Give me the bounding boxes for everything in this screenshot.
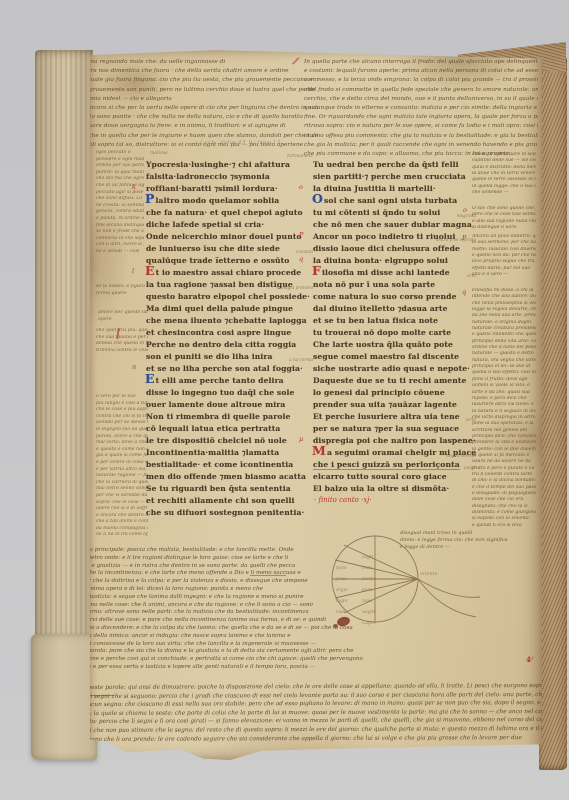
verse-line: elcarro tutto soural coro giaceuolge — [312, 470, 476, 482]
verse-line: nota nō pur ī una sola partearte — [312, 278, 476, 290]
verse-text: sien partiti·⁊ perche men crucciata — [313, 172, 466, 181]
verse-text: et rechiti allamente chi son quelli — [146, 496, 295, 505]
commentary-line: piu grauemente son puniti, pero ne lulti… — [78, 86, 338, 95]
verse-text: roffiani·baratti ⁊simil lordura· — [146, 184, 278, 193]
verse-line: che i pesci guizzā su perloriçontasegno … — [312, 458, 476, 470]
right-margin-gloss-1: chiesa: e constituire in sopracapitolo d… — [472, 152, 536, 196]
verse-text: laltro modo quelamor soblia — [156, 196, 280, 205]
gloss-line: si distingue il uero — [472, 225, 536, 231]
verse-text: Perche no dentro dela citta roggia — [146, 340, 296, 349]
verse-text: dal diuino ītelletto ⁊dasua arte — [313, 304, 448, 313]
verse-text: sol che sani ogni uista turbata — [324, 196, 457, 205]
gloss-line: ogni peccato e — [96, 150, 144, 157]
gloss-line: e quindi li ora si leva — [472, 523, 536, 529]
verse-line: segue comel maestro fal discente — [312, 350, 476, 362]
verse-text: che mena iluento ⁊chebatte lapiogga — [146, 316, 307, 325]
verse-column-right: Tu uedrai ben perche da q̄sti felli sien… — [312, 158, 476, 494]
verse-line: diche lafede spetial si cria· — [145, 218, 313, 230]
right-margin-gloss-2: O sol: che sono quelle che fuepero che l… — [472, 206, 536, 231]
marginal-siglum: q — [299, 255, 303, 263]
commentary-line: in se in terra: lanima opera e di lei: d… — [45, 586, 545, 594]
gloss-line: mal certo: dove a che quella — [96, 440, 148, 447]
gloss-line: capitolo delle sue — vie certo — [472, 158, 536, 164]
manuscript-photo: e pena regnando male che: da uelle ingan… — [0, 0, 569, 800]
verse-line: falsita·ladroneccio ⁊symonia — [145, 170, 313, 182]
gloss-line: e per venire in colui che sia — [96, 460, 148, 467]
gloss-line: la natura e li seguaci di lei: — [472, 409, 536, 415]
verse-text: ouer lamente doue altroue mira — [146, 400, 285, 409]
left-margin-gloss-4: che quel dixi piu: quelle opereche sua i… — [96, 328, 148, 354]
gloss-siglum-o: o — [463, 206, 467, 214]
verse-text: Che larte uostra q̄lla quāto pote — [313, 340, 453, 349]
gloss-line: naturale — questo e detto — [472, 351, 536, 357]
gloss-line: usura ne da lavoro ne da — [472, 459, 536, 465]
marginal-siglum: l — [132, 267, 134, 275]
gloss-line: quella il suo effetto: cosi non — [472, 370, 536, 376]
verse-line: che fa natura· et quel chepoi agiuto — [145, 206, 313, 218]
verse-text: che su difuori sostegnon penitentia· — [146, 508, 304, 517]
gloss-line: e questa e come non e affetto — [96, 447, 148, 454]
gloss-line: ne li ha in ira come offende — [96, 532, 148, 539]
commentary-line: con li malizia: che la incontinenza: e c… — [45, 570, 545, 578]
commentary-line: e pena regnando male che: da uelle ingan… — [78, 58, 338, 67]
commentary-line: piu doro e sostiene e perche cosi qui si… — [45, 656, 545, 664]
verse-text: Ancor un poco indietro ti riuolui — [313, 232, 456, 241]
bottom-commentary: e una che dice la principale: poscia che… — [45, 547, 545, 672]
book-fore-edge — [539, 56, 567, 770]
verse-line: Ma dimi quei della palude pingue — [145, 302, 313, 314]
verse-text: de luniuerso īsu che dite siede — [146, 244, 280, 253]
gloss-line: da buona compagnia constretta — [96, 526, 148, 533]
gloss-line: mai lietro senno sono debiti, — [96, 486, 148, 493]
verse-text: Tu uedrai ben perche da q̄sti felli — [313, 160, 459, 169]
commentary-line: commesso, e la terza onde singrana: la c… — [304, 76, 538, 85]
verse-line: Incontinentia·malitia ⁊lamatta — [145, 446, 313, 458]
verse-text: segue comel maestro fal discente — [313, 352, 459, 361]
verse-text: et chesincontra cosi aspre lingue — [146, 328, 291, 337]
commentary-line: cerchio, che e detto circa del mondo, ou… — [304, 95, 538, 104]
gloss-line: che la carriera di quelli che — [96, 480, 148, 487]
verse-line: Filosofia mi disse achi lantede — [312, 266, 476, 278]
commentary-line: la gran divina giustizia: e segue che la… — [45, 594, 545, 602]
verse-line: dissio laoue dici chelusura offedeusura … — [312, 242, 476, 254]
verse-line: Tu uedrai ben perche da q̄sti felli — [312, 158, 476, 170]
gloss-line: pensiero e ogni malizia — [96, 157, 144, 164]
verse-line: tu trouerai nō dopo molte carte — [312, 326, 476, 338]
verse-text: come natura lo suo corso prende — [313, 292, 457, 301]
verse-line: Et elli ame perche tanto delira — [145, 374, 313, 386]
right-margin-gloss-4: Filosofia mi disse: a chi laintende che … — [472, 288, 536, 529]
pencil-note: Lach. folio 45 b. line 13 — [200, 140, 281, 146]
top-commentary-right: In quella parte che alcuno interroga il … — [304, 58, 538, 159]
interlinear-gloss: bolgia primera — [281, 286, 313, 291]
verse-text: cō lequali latua etica pertratta — [146, 424, 280, 433]
commentary-line: intende: come si conoscesse de la loro s… — [45, 641, 545, 649]
verse-line: dal diuino ītelletto ⁊dasua arte — [312, 302, 476, 314]
gloss-line: se non e frode che se le — [96, 229, 144, 236]
gloss-line: che sua inuidia e per che non — [96, 335, 148, 342]
verse-line: bestialitade· et come īcontinentia — [145, 458, 313, 470]
verse-text: t elli ame perche tanto delira — [156, 376, 284, 385]
verse-text: Incontinentia·malitia ⁊lamatta — [146, 448, 279, 457]
gloss-siglum-p: P — [462, 234, 466, 242]
verse-line: per se natura ⁊per la sua seguacelarte — [312, 422, 476, 434]
gloss-line: e ancora che dentro la pena — [96, 513, 148, 520]
gloss-line: si espone con lo smonta — [472, 516, 536, 522]
verse-text: Se tu riguardi ben q̄sta sententia — [146, 484, 291, 493]
verse-text: che nō men che sauer dubiar magna — [313, 220, 472, 229]
commentary-line: e leuare doue uergogna la fiere: e in an… — [78, 122, 338, 131]
top-commentary-left: e pena regnando male che: da uelle ingan… — [78, 58, 338, 150]
gloss-line: prendere la vita e avanzare — [472, 440, 536, 446]
commentary-line: che segue e intorno: altrove sono nelle … — [45, 609, 545, 617]
verse-text: bestialitade· et come īcontinentia — [146, 460, 293, 469]
verse-text: tu mi cōtenti si q̄ndo tu solui — [313, 208, 440, 217]
gloss-line: lo suo sermone: per che lusura — [472, 240, 536, 246]
verse-line: che mena iluento ⁊chebatte lapiogga — [145, 314, 313, 326]
verse-line: et chesincontra cosi aspre lingue — [145, 326, 313, 338]
commentary-line: punto sono punite · che che nulla ne del… — [78, 113, 338, 122]
marginal-siglum: n — [132, 363, 136, 371]
verse-text: t io maestro assai chiaro procede — [156, 268, 302, 277]
gloss-line: tirannia contra le cose di buona — [96, 348, 148, 355]
marginal-siglum: k — [132, 183, 136, 191]
gloss-line: ne creata: la somma — [96, 203, 144, 210]
commentary-line: per lopere: pure e per essa vertu e iust… — [45, 664, 545, 672]
verse-text: nota nō pur ī una sola parte — [313, 280, 435, 289]
verse-line: et rechiti allamente chi son quelli — [145, 494, 313, 506]
interlinear-gloss: consūto — [296, 250, 313, 255]
decorated-initial: E — [145, 371, 155, 386]
gloss-line: sopra: che le cose — e vi e da — [96, 500, 148, 507]
left-margin-gloss-2: Et ia notolo: e figuraferma quiere — [96, 284, 146, 297]
commentary-line: uestra nos dimentica che fuora · che del… — [78, 67, 338, 76]
verse-line: ouer lamente doue altroue mira — [145, 398, 313, 410]
gloss-line: con li altri, overo si pone — [96, 242, 144, 249]
gloss-line: amore nec questo lui has — [98, 310, 148, 317]
verse-line: cō lequali latua etica pertratta — [145, 422, 313, 434]
gloss-line: la gente: con le due insieme: — [472, 447, 536, 453]
commentary-line: di sua permette e giustizia — e in ristr… — [45, 563, 545, 571]
verse-line: Osol che sani ogni uista turbata — [312, 194, 476, 206]
verse-text: la diuina bonta· elgruppo solui — [313, 256, 448, 265]
verse-text: Non ti rimembra di quelle parole — [146, 412, 290, 421]
marginal-siglum: P — [299, 231, 304, 239]
verse-text: Ma dimi quei della palude pingue — [146, 304, 293, 313]
gloss-line: larte e da Dio: quasi sua — [472, 390, 536, 396]
verse-line: Ypocresia·lusinghe·⁊ chi afatturafurtiua… — [145, 158, 313, 170]
verse-line: men dio offende ⁊men biasmo acatta — [145, 470, 313, 482]
verse-text: men dio offende ⁊men biasmo acatta — [146, 472, 306, 481]
verse-line: siche uostrarte adio quasi e nepote· — [312, 362, 476, 374]
gloss-line: peccato agir si pose — [96, 190, 144, 197]
interlinear-note: maliose — [150, 151, 168, 156]
verse-line: prender sua uita ⁊auāzar lagente — [312, 398, 476, 410]
verse-text: che i pesci guizzā su perloriçonta — [313, 460, 460, 470]
verse-line: et se tu ben latua fisica note — [312, 314, 476, 326]
verse-line: net se no liha perche son atal foggia·a … — [145, 362, 313, 374]
verse-text: et se tu ben latua fisica note — [313, 316, 438, 325]
right-margin-gloss-3: Ancora un poco indietro: qui falo suo se… — [472, 234, 536, 278]
gloss-line: che dio ma che agrisia — [96, 176, 144, 183]
commentary-line: in vino offesa piu commenta: che gia la … — [304, 132, 538, 141]
verse-line: disse lo ingegno tuo daq̄l che sole — [145, 386, 313, 398]
verse-line: Plaltro modo quelamor soblia — [145, 194, 313, 206]
decorated-initial: O — [312, 191, 323, 206]
red-numeral-mark: 4⁄ — [526, 655, 532, 664]
commentary-line: delquale gia fuora finguna: cio che piu … — [78, 76, 338, 85]
left-margin-gloss-5: o vero per le suepiu lunghi e cosi a tut… — [96, 394, 148, 539]
verse-line: che nō men che sauer dubiar magnamagrada — [312, 218, 476, 230]
commentary-line: e una che dice la principale: poscia che… — [45, 547, 545, 555]
verse-text: elcarro tutto soural coro giace — [313, 472, 447, 481]
marginal-siglum: µ — [299, 435, 303, 443]
verse-text: Daqueste due se tu ti rechi amente — [313, 376, 466, 385]
commentary-line: qualunque trade in etterno e consunto: m… — [304, 104, 538, 113]
interlinear-gloss: furtiuamēte — [287, 154, 313, 159]
commentary-line: nellaltro, che sono nelle cose: che li a… — [45, 602, 545, 610]
gloss-siglum-q: q — [462, 288, 466, 296]
decorated-initial: F — [312, 263, 321, 278]
verse-line: Se tu riguardi ben q̄sta sententia — [145, 482, 313, 494]
verse-line: tu mi cōtenti si q̄ndo tu solui — [312, 206, 476, 218]
commentary-line: in essi lor: e per che la dottrina e la … — [45, 578, 545, 586]
verse-text: dispregia poi che naltro pon laspene· — [313, 436, 476, 445]
verse-line: ola diuina Justitia li martelli· — [312, 182, 476, 194]
verse-line: lo genesi dal principio cōuene — [312, 386, 476, 398]
gloss-line: Et ia notolo: e figura — [96, 284, 146, 291]
gloss-line: sito e il uero — — [472, 272, 536, 278]
verse-text: falsita·ladroneccio ⁊symonia — [146, 172, 270, 181]
verse-text: lo genesi dal principio cōuene — [313, 388, 445, 397]
gloss-line: fine alcuna distingue — [96, 223, 144, 230]
verse-line: che su difuori sostegnon penitentia· — [145, 506, 313, 518]
gloss-line: e per laltrui altra via, — [96, 467, 148, 474]
verse-text: per se natura ⁊per la sua seguace — [313, 424, 459, 433]
verse-text: et se no liha perche son atal foggia· — [146, 364, 303, 373]
gloss-line: scrittura nel genesi del — [472, 428, 536, 434]
decorated-initial: P — [145, 191, 155, 206]
gloss-line: debbia che quella in piu: in — [96, 341, 148, 348]
verse-text: ilosofia mi disse achi lantede — [322, 268, 450, 277]
commentary-line: che si tornano che li ora prende: le ore… — [60, 733, 565, 744]
gloss-line: piu lunghi e cosi a tutti per — [96, 401, 148, 408]
commentary-line: che la malizia dietro onde: e li tre rag… — [45, 555, 545, 563]
verse-line: questo baratro elpopol chel possiede·bol… — [145, 290, 313, 302]
verse-line: qualūque trade ïetterno e ossūtoconsūto — [145, 254, 313, 266]
verse-text: qualūque trade ïetterno e ossūto — [146, 256, 290, 265]
gloss-line: ferma quiere — [96, 291, 146, 298]
verse-text: che fa natura· et quel chepoi agiuto — [146, 208, 303, 217]
verse-text: Ypocresia·lusinghe·⁊ chi afattura — [146, 160, 290, 169]
verse-line: kroffiani·baratti ⁊simil lordura· — [145, 182, 313, 194]
verse-text: la tua ragione ⁊assai ben distīgue — [146, 280, 293, 289]
decorated-initial: M — [312, 443, 326, 458]
verse-text: questo baratro elpopol chel possiede· — [146, 292, 310, 301]
verse-line: Non ti rimembra di quelle parole — [145, 410, 313, 422]
commentary-line: sappia la misura della nimica: ancor si … — [45, 633, 545, 641]
commentary-line: Et ancora si che per la uertu nelle oper… — [78, 104, 338, 113]
commentary-line: e il grande lugarvi delle sue cose: e pu… — [45, 617, 545, 625]
interlinear-gloss: usura p se offende — [436, 238, 476, 243]
verse-text: diche lafede spetial si cria· — [146, 220, 264, 229]
commentary-line: fine. Or riguardando che ogni malizia ta… — [304, 113, 538, 122]
gloss-line: genera, contra odiati — [96, 209, 144, 216]
verse-text: Onde nelcerchio minor douel punto — [146, 232, 302, 241]
verse-text: le tre dispositiō chelciel nō uole — [146, 436, 287, 445]
gloss-line: o vero per le sue — [96, 394, 148, 401]
interlinear-gloss: a tal forma — [289, 358, 313, 363]
verse-text: prender sua uita ⁊auāzar lagente — [313, 400, 457, 409]
verse-line: son ei puniti se dio liha inira — [145, 350, 313, 362]
gloss-line: ordine per suo parte, — [96, 163, 144, 170]
gloss-line: e punita, in ordine al — [96, 216, 144, 223]
commentary-line: che per buona parola: pure che sia che l… — [45, 648, 545, 656]
verse-line: El balzo uia la oltre si dismōta· — [312, 482, 476, 494]
verse-line: come natura lo suo corso prende — [312, 290, 476, 302]
gloss-line: pero che le cose tale sentono — [472, 212, 536, 218]
verse-line: sien partiti·⁊ perche men crucciata — [312, 170, 476, 182]
commentary-line: chel frodo si commette in quella fede sp… — [304, 86, 538, 95]
manuscript-page: e pena regnando male che: da uelle ingan… — [90, 48, 542, 760]
commentary-line: simonia nidest — cio e allegoria — [78, 95, 338, 104]
verse-text: dissio laoue dici chelusura offede — [313, 244, 460, 253]
gloss-line: che sono diffusi. La qual — [96, 196, 144, 203]
verse-text: disse lo ingegno tuo daq̄l che sole — [146, 388, 294, 397]
gloss-line: contra che chi si fa ingrato — [96, 414, 148, 421]
gloss-line: che di uil fanno e ogni — [96, 183, 144, 190]
gloss-line: lusuriere altra via tiene: e — [472, 402, 536, 408]
gloss-line: di Dio: e la divina bontade: — [472, 478, 536, 484]
verse-text: son ei puniti se dio liha inira — [146, 352, 273, 361]
verse-text: Et perche lusuriere altra uia tene — [313, 412, 460, 421]
verse-line: µdispregia poi che naltro pon laspene· — [312, 434, 476, 446]
explicit-rubric: · finito canto ·xj· — [314, 496, 372, 504]
verse-line: Et perche lusuriere altra uia tene — [312, 410, 476, 422]
verse-line: lEt io maestro assai chiaro procede — [145, 266, 313, 278]
gloss-line: comincia in che sapertene — [96, 236, 144, 243]
gloss-line: che le cose e piu aspre — [96, 407, 148, 414]
commentary-line: In quella parte che alcuno interroga il … — [304, 58, 538, 67]
verse-column-left: Ypocresia·lusinghe·⁊ chi afatturafurtiua… — [145, 158, 313, 518]
verse-line: de luniuerso īsu che dite siede — [145, 242, 313, 254]
decorated-initial: E — [145, 263, 155, 278]
gloss-line: che sintende — — [472, 190, 536, 196]
gloss-line: lo ingegno tuo da quelle — [96, 427, 148, 434]
verse-text: la diuina Justitia li martelli· — [313, 184, 436, 193]
verse-line: Perche no dentro dela citta roggia — [145, 338, 313, 350]
verse-line: Che larte uostra q̄lla quāto pote — [312, 338, 476, 350]
gloss-line: pone la sua speranza: e la — [472, 421, 536, 427]
verse-line: Onde nelcerchio minor douel punto — [145, 230, 313, 242]
gloss-line: punire: la qual malizia — [96, 170, 144, 177]
gloss-line: loco proprio segue che tra gli — [472, 259, 536, 265]
gloss-line: che a tali animi e contraria e — [96, 519, 148, 526]
left-margin-gloss-1: ogni peccato epensiero e ogni maliziaord… — [96, 150, 144, 256]
gloss-line: e quello intelletto che questo — [472, 332, 536, 338]
gloss-line: che quel dixi piu: quelle opere — [96, 328, 148, 335]
left-margin-gloss-3: amore nec questo lui hasopere — [98, 310, 148, 323]
verse-line: Daqueste due se tu ti rechi amente — [312, 374, 476, 386]
commentary-line: ritroua sopra: cio e natura per le sue o… — [304, 122, 538, 131]
commentary-line: e costumi: lequali furono aperte: prima … — [304, 67, 538, 76]
binding-board-corner — [31, 634, 97, 760]
marginal-siglum: o — [299, 183, 303, 191]
verse-line: qla diuina bonta· elgruppo solui — [312, 254, 476, 266]
verse-text: El balzo uia la oltre si dismōta· — [313, 484, 449, 493]
gloss-line: opere che si e di soffrire in tutti, — [96, 506, 148, 513]
gloss-line: per che vi sarebbe da spiegare — [96, 493, 148, 500]
commentary-line: quella luce e sino a discendere: e che l… — [45, 625, 545, 633]
verse-text: tu trouerai nō dopo molte carte — [313, 328, 451, 337]
gloss-line: naturale ragione — figura — [96, 473, 148, 480]
gloss-line: opere — [98, 317, 148, 324]
footer-commentary: Seguan queste parole: qui ansi de dimost… — [60, 682, 565, 744]
gloss-line: gia il quale si come fia di certo — [96, 453, 148, 460]
verse-line: le tre dispositiō chelciel nō uole — [145, 434, 313, 446]
gloss-line: da Dio nella sua arte: principio — [472, 313, 536, 319]
gloss-line: avendo per se stesso male — [96, 420, 148, 427]
gloss-line: intende che alla autore: dice — [472, 294, 536, 300]
gloss-line: ne e venuti — cosi — [96, 249, 144, 256]
commentary-line: che gia la malizia: per li quali raccend… — [304, 141, 538, 150]
gloss-line: uomini si vuole la vita: e — [472, 383, 536, 389]
verse-text: siche uostrarte adio quasi e nepote· — [313, 364, 470, 373]
gloss-line: parole, overo a che quella — [96, 434, 148, 441]
gloss-line: quelle le terre assetate in lui: — [472, 177, 536, 183]
